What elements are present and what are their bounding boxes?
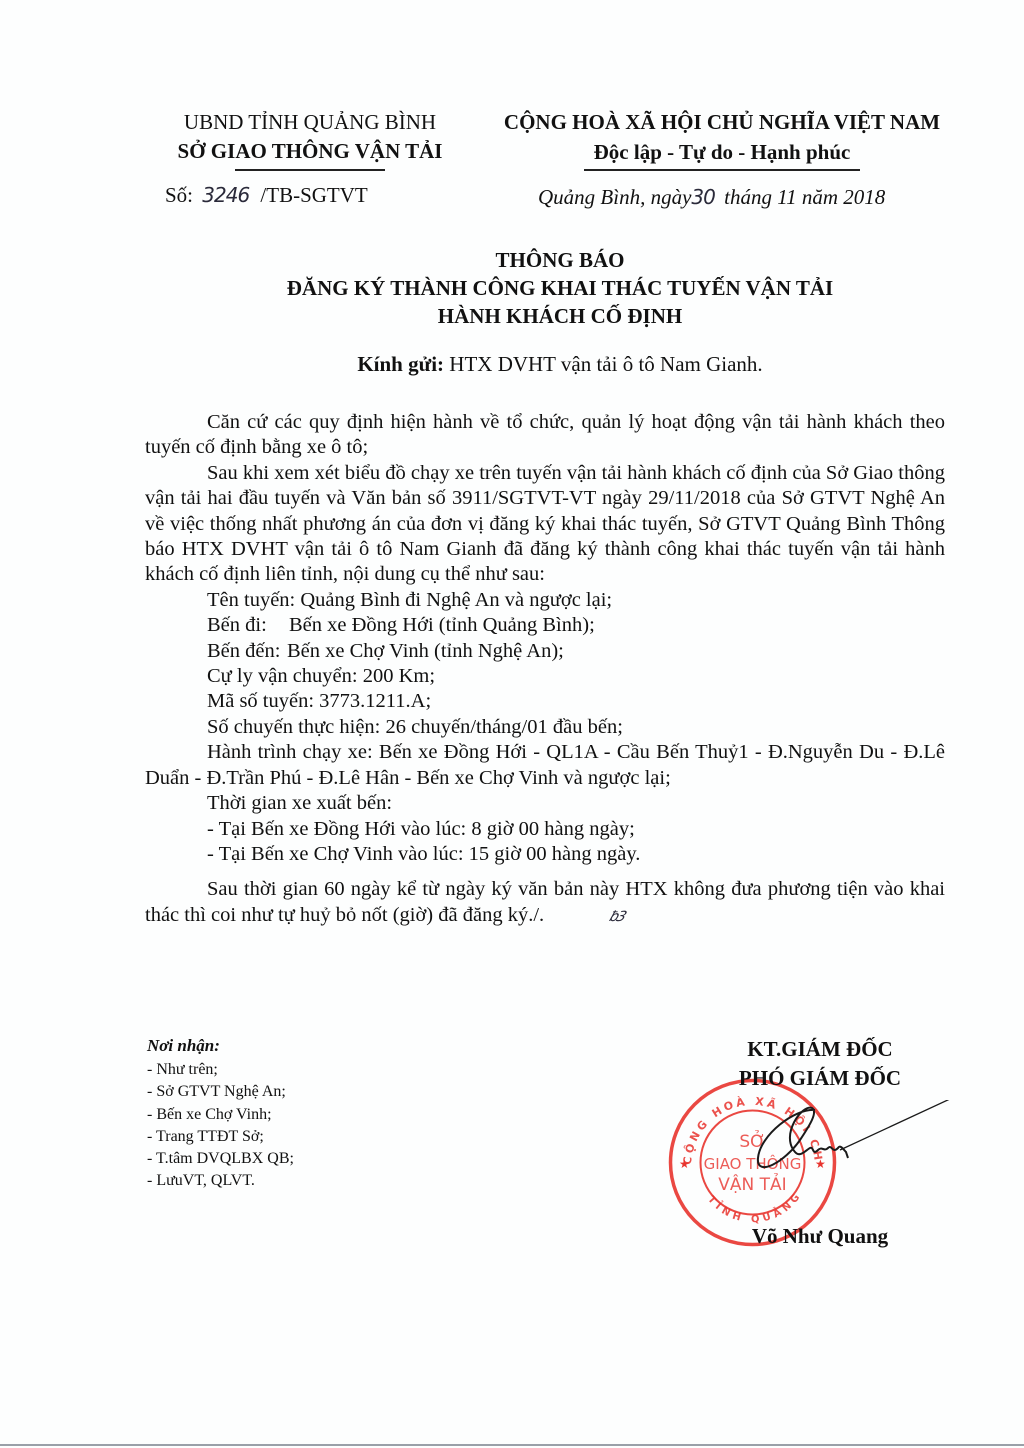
document-number: Số: 3246 /TB-SGTVT — [165, 180, 368, 210]
nation-name: CỘNG HOÀ XÃ HỘI CHỦ NGHĨA VIỆT NAM — [482, 108, 962, 136]
paragraph-expiry: Sau thời gian 60 ngày kể từ ngày ký văn … — [145, 877, 945, 930]
detail-departure: Bến đi:Bến xe Đồng Hới (tỉnh Quảng Bình)… — [145, 613, 945, 638]
document-title: THÔNG BÁO ĐĂNG KÝ THÀNH CÔNG KHAI THÁC T… — [140, 246, 980, 330]
recipient-item: - T.tâm DVQLBX QB; — [147, 1148, 294, 1170]
number-prefix: Số: — [165, 183, 193, 207]
document-body: Căn cứ các quy định hiện hành về tổ chức… — [145, 410, 945, 930]
signature-line-1: KT.GIÁM ĐỐC — [700, 1035, 940, 1064]
authority-name: UBND TỈNH QUẢNG BÌNH — [140, 108, 480, 136]
recipient-item: - Bến xe Chợ Vinh; — [147, 1104, 294, 1126]
recipient-item: - Trang TTĐT Sở; — [147, 1126, 294, 1148]
signature-line-2: PHÓ GIÁM ĐỐC — [700, 1064, 940, 1093]
handwritten-number: 3246 — [202, 183, 249, 207]
detail-time-dong-hoi: - Tại Bến xe Đồng Hới vào lúc: 8 giờ 00 … — [145, 817, 945, 842]
date-suffix: tháng 11 năm 2018 — [724, 185, 885, 209]
detail-trips: Số chuyến thực hiện: 26 chuyến/tháng/01 … — [145, 715, 945, 740]
signer-name: Võ Như Quang — [700, 1222, 940, 1250]
detail-departure-times-label: Thời gian xe xuất bến: — [145, 791, 945, 816]
paragraph-legal-basis: Căn cứ các quy định hiện hành về tổ chức… — [145, 410, 945, 461]
national-motto: Độc lập - Tự do - Hạnh phúc — [482, 136, 962, 168]
arrival-value: Bến xe Chợ Vinh (tỉnh Nghệ An); — [287, 640, 564, 662]
recipients-list: Nơi nhận: - Như trên; - Sở GTVT Nghệ An;… — [147, 1035, 294, 1193]
initials-paraph: ƀ3 — [544, 905, 629, 930]
issuing-authority-block: UBND TỈNH QUẢNG BÌNH SỞ GIAO THÔNG VẬN T… — [140, 108, 480, 171]
motto-underline — [584, 169, 860, 171]
number-suffix: /TB-SGTVT — [260, 183, 367, 207]
national-header-block: CỘNG HOÀ XÃ HỘI CHỦ NGHĨA VIỆT NAM Độc l… — [482, 108, 962, 171]
handwritten-day: 30 — [691, 185, 714, 209]
title-line-3: HÀNH KHÁCH CỐ ĐỊNH — [140, 302, 980, 330]
detail-time-cho-vinh: - Tại Bến xe Chợ Vinh vào lúc: 15 giờ 00… — [145, 842, 945, 867]
arrival-label: Bến đến: — [207, 639, 287, 664]
addressee: Kính gửi: HTX DVHT vận tải ô tô Nam Gian… — [140, 350, 980, 378]
document-date: Quảng Bình, ngày30 tháng 11 năm 2018 — [538, 182, 885, 212]
addressee-label: Kính gửi: — [357, 352, 444, 376]
detail-arrival: Bến đến:Bến xe Chợ Vinh (tỉnh Nghệ An); — [145, 639, 945, 664]
detail-distance: Cự ly vận chuyển: 200 Km; — [145, 664, 945, 689]
recipient-item: - Như trên; — [147, 1059, 294, 1081]
title-line-2: ĐĂNG KÝ THÀNH CÔNG KHAI THÁC TUYẾN VẬN T… — [140, 274, 980, 302]
expiry-text: Sau thời gian 60 ngày kể từ ngày ký văn … — [145, 878, 945, 925]
title-line-1: THÔNG BÁO — [140, 246, 980, 274]
handwritten-signature-icon — [740, 1100, 980, 1180]
departure-label: Bến đi: — [207, 613, 289, 638]
department-underline — [235, 169, 385, 171]
departure-value: Bến xe Đồng Hới (tỉnh Quảng Bình); — [289, 614, 595, 636]
detail-route-code: Mã số tuyến: 3773.1211.A; — [145, 689, 945, 714]
detail-itinerary: Hành trình chạy xe: Bến xe Đồng Hới - QL… — [145, 740, 945, 791]
date-prefix: Quảng Bình, ngày — [538, 185, 691, 209]
department-name: SỞ GIAO THÔNG VẬN TẢI — [140, 136, 480, 166]
recipients-heading: Nơi nhận: — [147, 1035, 294, 1057]
signature-title: KT.GIÁM ĐỐC PHÓ GIÁM ĐỐC — [700, 1035, 940, 1093]
recipient-item: - LưuVT, QLVT. — [147, 1170, 294, 1192]
svg-text:★: ★ — [679, 1157, 690, 1171]
paragraph-review: Sau khi xem xét biểu đồ chạy xe trên tuy… — [145, 461, 945, 588]
detail-route-name: Tên tuyến: Quảng Bình đi Nghệ An và ngượ… — [145, 588, 945, 613]
addressee-value: HTX DVHT vận tải ô tô Nam Gianh. — [449, 352, 762, 376]
page-bottom-edge — [0, 1444, 1024, 1446]
recipient-item: - Sở GTVT Nghệ An; — [147, 1081, 294, 1103]
